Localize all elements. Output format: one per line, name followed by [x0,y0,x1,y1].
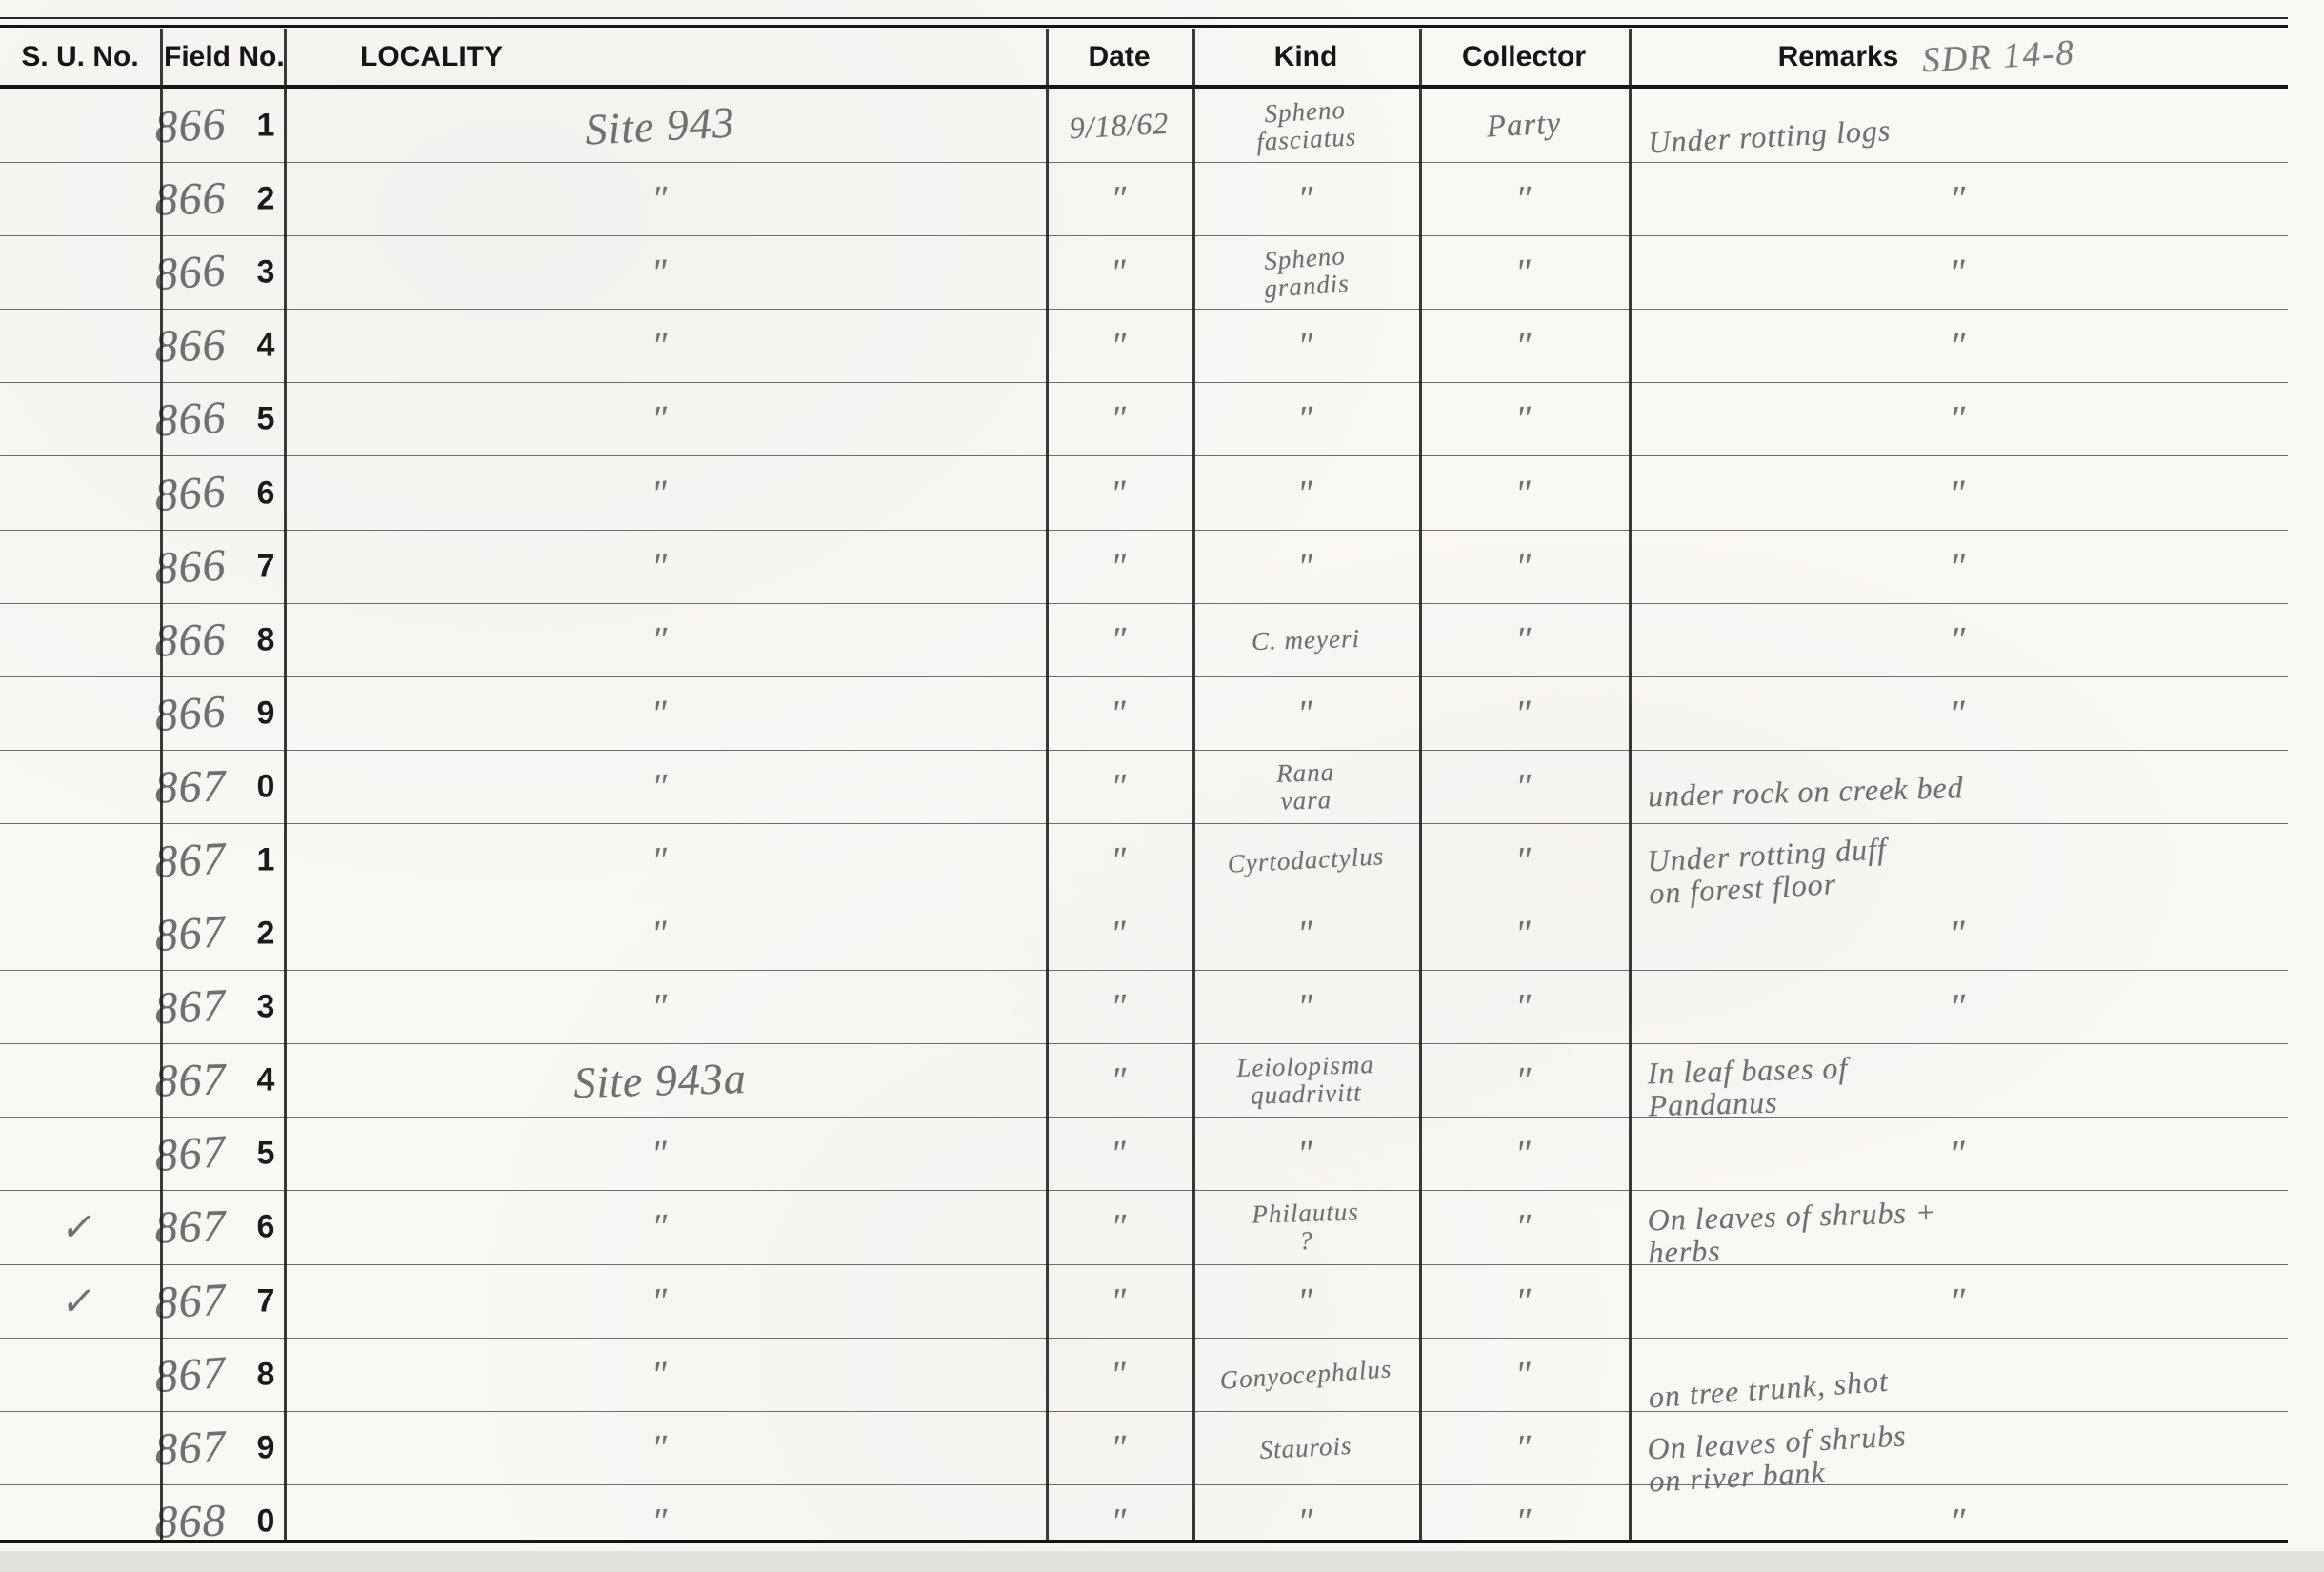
su-no-value [19,710,133,717]
date-value: ″ [1045,470,1193,516]
column-divider [1046,29,1049,1542]
field-no-handwritten: 866 [132,318,248,373]
collector-value: ″ [1419,178,1630,220]
kind-value: ″ [1192,908,1420,960]
field-no-handwritten: 866 [131,683,250,743]
remarks-value: ″ [1631,319,2287,373]
remarks-value: under rock on creek bed [1631,761,2304,813]
kind-value: Spheno grandis [1191,237,1420,308]
column-divider [1419,29,1422,1542]
collector-value: ″ [1418,1349,1630,1400]
kind-value: ″ [1192,395,1420,443]
locality-value: ″ [284,171,1037,228]
collector-value: ″ [1418,1424,1630,1471]
locality-value: ″ [284,1110,1037,1199]
kind-value: ″ [1192,688,1420,740]
locality-value: ″ [284,1330,1037,1419]
kind-value: ″ [1192,1501,1420,1543]
field-no-printed: 8 [250,621,282,658]
table-row: ✓8677″″″″″ [0,1265,2288,1339]
field-no-handwritten: 867 [132,831,250,889]
table-row: 8664″″″″″ [0,310,2288,383]
field-no-printed: 7 [250,1282,282,1320]
su-no-value [19,1079,133,1082]
kind-value: Philautus ? [1192,1197,1420,1259]
column-divider [284,29,287,1542]
remarks-value: Under rotting logs [1631,92,2304,160]
su-no-value [19,1445,133,1451]
table-row: 8663″″Spheno grandis″″ [0,236,2288,310]
collector-value: Party [1418,103,1630,149]
table-row: 8672″″″″″ [0,897,2288,971]
collector-value: ″ [1419,325,1630,367]
collector-value: ″ [1418,688,1630,738]
collector-value: ″ [1419,766,1630,808]
field-no-printed: 5 [250,401,282,438]
su-no-value [19,197,133,200]
date-value: ″ [1045,985,1193,1029]
locality-value: ″ [284,229,1037,317]
locality-value: ″ [284,612,1037,669]
kind-value: ″ [1192,1128,1420,1180]
field-no-printed: 4 [250,1062,282,1099]
date-value: ″ [1045,690,1193,736]
collector-value: ″ [1418,396,1630,443]
kind-value: Rana vara [1192,756,1420,818]
locality-value: ″ [284,758,1037,816]
collector-value: ″ [1418,1278,1630,1324]
ledger-page: S. U. No. Field No. LOCALITY Date Kind C… [0,0,2324,1572]
collector-value: ″ [1419,1206,1630,1248]
field-no-printed: 7 [250,548,282,585]
collector-value: ″ [1419,619,1630,661]
locality-value: ″ [284,1410,1037,1485]
date-value: ″ [1045,326,1192,366]
remarks-value: ″ [1631,453,2287,534]
su-no-value [19,269,133,276]
col-header-kind: Kind [1192,29,1419,85]
field-no-printed: 4 [250,328,282,365]
table-row: 8673″″″″″ [0,971,2288,1044]
column-divider [1629,29,1632,1542]
table-row: 8674Site 943a″Leiolopisma quadrivitt″In … [0,1044,2288,1118]
remarks-value: ″ [1631,232,2287,313]
date-value: 9/18/62 [1045,105,1193,148]
col-header-locality: LOCALITY [284,29,579,85]
col-header-collector: Collector [1419,29,1629,85]
date-value: ″ [1045,1351,1193,1398]
table-body: 8661Site 9439/18/62Spheno fasciatusParty… [0,90,2324,1559]
field-no-printed: 6 [250,1209,282,1246]
field-no-printed: 6 [250,474,282,512]
table-row: 8675″″″″″ [0,1118,2288,1191]
remarks-value: ″ [1631,172,2287,227]
remarks-value: ″ [1631,1113,2287,1195]
table-row: 8662″″″″″ [0,163,2288,236]
field-no-printed: 3 [250,989,282,1026]
header-rule [0,85,2288,89]
locality-value: ″ [284,822,1037,897]
field-no-handwritten: 867 [132,1419,250,1477]
date-value: ″ [1045,767,1192,807]
su-no-value: ✓ [18,1203,133,1251]
field-no-handwritten: 866 [132,391,250,449]
page-edge-shadow [0,1551,2324,1572]
su-no-value: ✓ [18,1276,134,1326]
table-row: 8678″″Gonyocephalus″on tree trunk, shot [0,1339,2288,1412]
su-no-value [19,489,133,496]
su-no-value [19,1004,133,1010]
field-no-printed: 5 [250,1136,282,1173]
remarks-value: ″ [1630,384,2286,454]
field-no-printed: 9 [250,1429,282,1466]
field-no-handwritten: 866 [132,171,248,227]
table-row: 8661Site 9439/18/62Spheno fasciatusParty… [0,90,2288,163]
remarks-value: On leaves of shrubs + herbs [1630,1186,2304,1270]
su-no-value [19,1520,133,1522]
collector-value: ″ [1418,983,1630,1030]
kind-value: ″ [1192,325,1420,368]
locality-value: ″ [284,1263,1037,1339]
table-row: 8669″″″″″ [0,677,2288,751]
locality-value: ″ [284,317,1037,374]
date-value: ″ [1045,179,1192,219]
field-no-printed: 2 [250,181,282,218]
kind-value: Leiolopisma quadrivitt [1192,1050,1420,1112]
field-no-handwritten: 866 [131,463,250,523]
date-value: ″ [1045,1207,1192,1247]
locality-value: ″ [284,529,1037,604]
field-no-printed: 3 [250,254,282,292]
field-no-printed: 1 [250,841,282,878]
field-no-handwritten: 867 [131,1124,250,1184]
remarks-annotation-handwritten: SDR 14-8 [1921,25,2077,89]
remarks-value: ″ [1631,613,2287,667]
kind-value: ″ [1192,178,1420,221]
top-rule-thick [0,25,2288,28]
table-row: 8667″″″″″ [0,531,2288,604]
remarks-value: Under rotting duff on forest floor [1630,811,2305,911]
remarks-value: ″ [1630,1266,2286,1337]
locality-value: Site 943a [283,1045,1036,1117]
locality-value: ″ [284,449,1037,537]
remarks-value: ″ [1631,673,2287,755]
su-no-value [19,345,133,348]
kind-value: ″ [1192,542,1420,590]
su-no-value [19,563,133,569]
date-value: ″ [1045,911,1193,957]
field-no-handwritten: 866 [132,613,248,668]
su-no-value [19,785,133,788]
kind-value: ″ [1192,983,1420,1031]
date-value: ″ [1045,838,1193,882]
column-divider [160,29,163,1542]
locality-value: ″ [284,382,1037,457]
date-value: ″ [1045,397,1193,441]
bottom-rule [0,1540,2288,1543]
kind-value: C. meyeri [1192,623,1420,657]
kind-value: ″ [1192,1277,1420,1324]
su-no-value [19,930,133,937]
locality-value: ″ [284,970,1037,1045]
collector-value: ″ [1418,908,1630,958]
collector-value: ″ [1418,248,1630,298]
kind-value: ″ [1192,467,1420,519]
collector-value: ″ [1418,468,1630,518]
table-row: 8671″″Cyrtodactylus″Under rotting duff o… [0,824,2288,897]
table-row: 8665″″″″″ [0,383,2288,456]
remarks-value: ″ [1630,972,2286,1042]
date-value: ″ [1045,545,1193,589]
remarks-value: On leaves of shrubs on river bank [1630,1398,2305,1498]
top-rule-thin [0,17,2288,19]
table-row: 8666″″″″″ [0,456,2288,530]
field-no-handwritten: 866 [132,537,250,595]
kind-value: Spheno fasciatus [1192,92,1421,159]
field-no-printed: 1 [250,108,282,145]
date-value: ″ [1045,1501,1192,1542]
field-no-handwritten: 866 [131,243,250,303]
date-value: ″ [1045,1131,1193,1178]
field-no-printed: 0 [250,768,282,805]
locality-value: ″ [284,1199,1037,1256]
su-no-value [19,857,133,863]
remarks-value: ″ [1631,893,2287,975]
table-row: 8679″″Staurois″On leaves of shrubs on ri… [0,1412,2288,1485]
su-no-value [19,638,133,641]
field-no-handwritten: 867 [131,903,250,963]
field-no-printed: 9 [250,695,282,732]
field-no-handwritten: 867 [132,978,250,1037]
column-divider [1192,29,1195,1542]
table-row: ✓8676″″Philautus ?″On leaves of shrubs +… [0,1191,2288,1264]
date-value: ″ [1045,1426,1193,1470]
collector-value: ″ [1418,543,1630,590]
field-no-printed: 2 [250,916,282,953]
collector-value: ″ [1419,1501,1630,1542]
date-value: ″ [1045,1280,1193,1323]
col-header-su-no: S. U. No. [0,29,160,85]
kind-value: Gonyocephalus [1192,1353,1419,1397]
collector-value: ″ [1419,1059,1630,1101]
su-no-value [19,416,133,422]
locality-value: ″ [284,669,1037,757]
field-no-handwritten: 867 [132,1272,250,1330]
su-no-value [19,123,133,129]
locality-value: Site 943 [283,81,1037,171]
kind-value: Staurois [1192,1428,1419,1467]
field-no-handwritten: 866 [132,96,250,154]
field-no-printed: 0 [250,1502,282,1540]
kind-value: Cyrtodactylus [1192,840,1419,879]
date-value: ″ [1045,620,1192,660]
field-no-printed: 8 [250,1356,282,1393]
table-row: 8680″″″″″ [0,1485,2288,1559]
su-no-value [19,1150,133,1158]
table-row: 8670″″Rana vara″under rock on creek bed [0,751,2288,824]
locality-value: ″ [284,890,1037,978]
collector-value: ″ [1418,1129,1630,1179]
field-no-handwritten: 867 [131,1344,250,1404]
remarks-value: ″ [1630,532,2286,602]
remarks-value: on tree trunk, shot [1631,1335,2304,1414]
su-no-value [19,1370,133,1378]
col-header-date: Date [1046,29,1192,85]
date-value: ″ [1045,1060,1192,1100]
date-value: ″ [1045,250,1193,296]
field-no-handwritten: 867 [132,759,248,815]
field-no-handwritten: 867 [132,1199,248,1255]
collector-value: ″ [1418,836,1630,883]
col-header-field-no: Field No. [164,29,284,85]
table-row: 8668″″C. meyeri″″ [0,604,2288,677]
field-no-handwritten: 867 [132,1053,248,1108]
remarks-value: In leaf bases of Pandanus [1630,1038,2304,1122]
